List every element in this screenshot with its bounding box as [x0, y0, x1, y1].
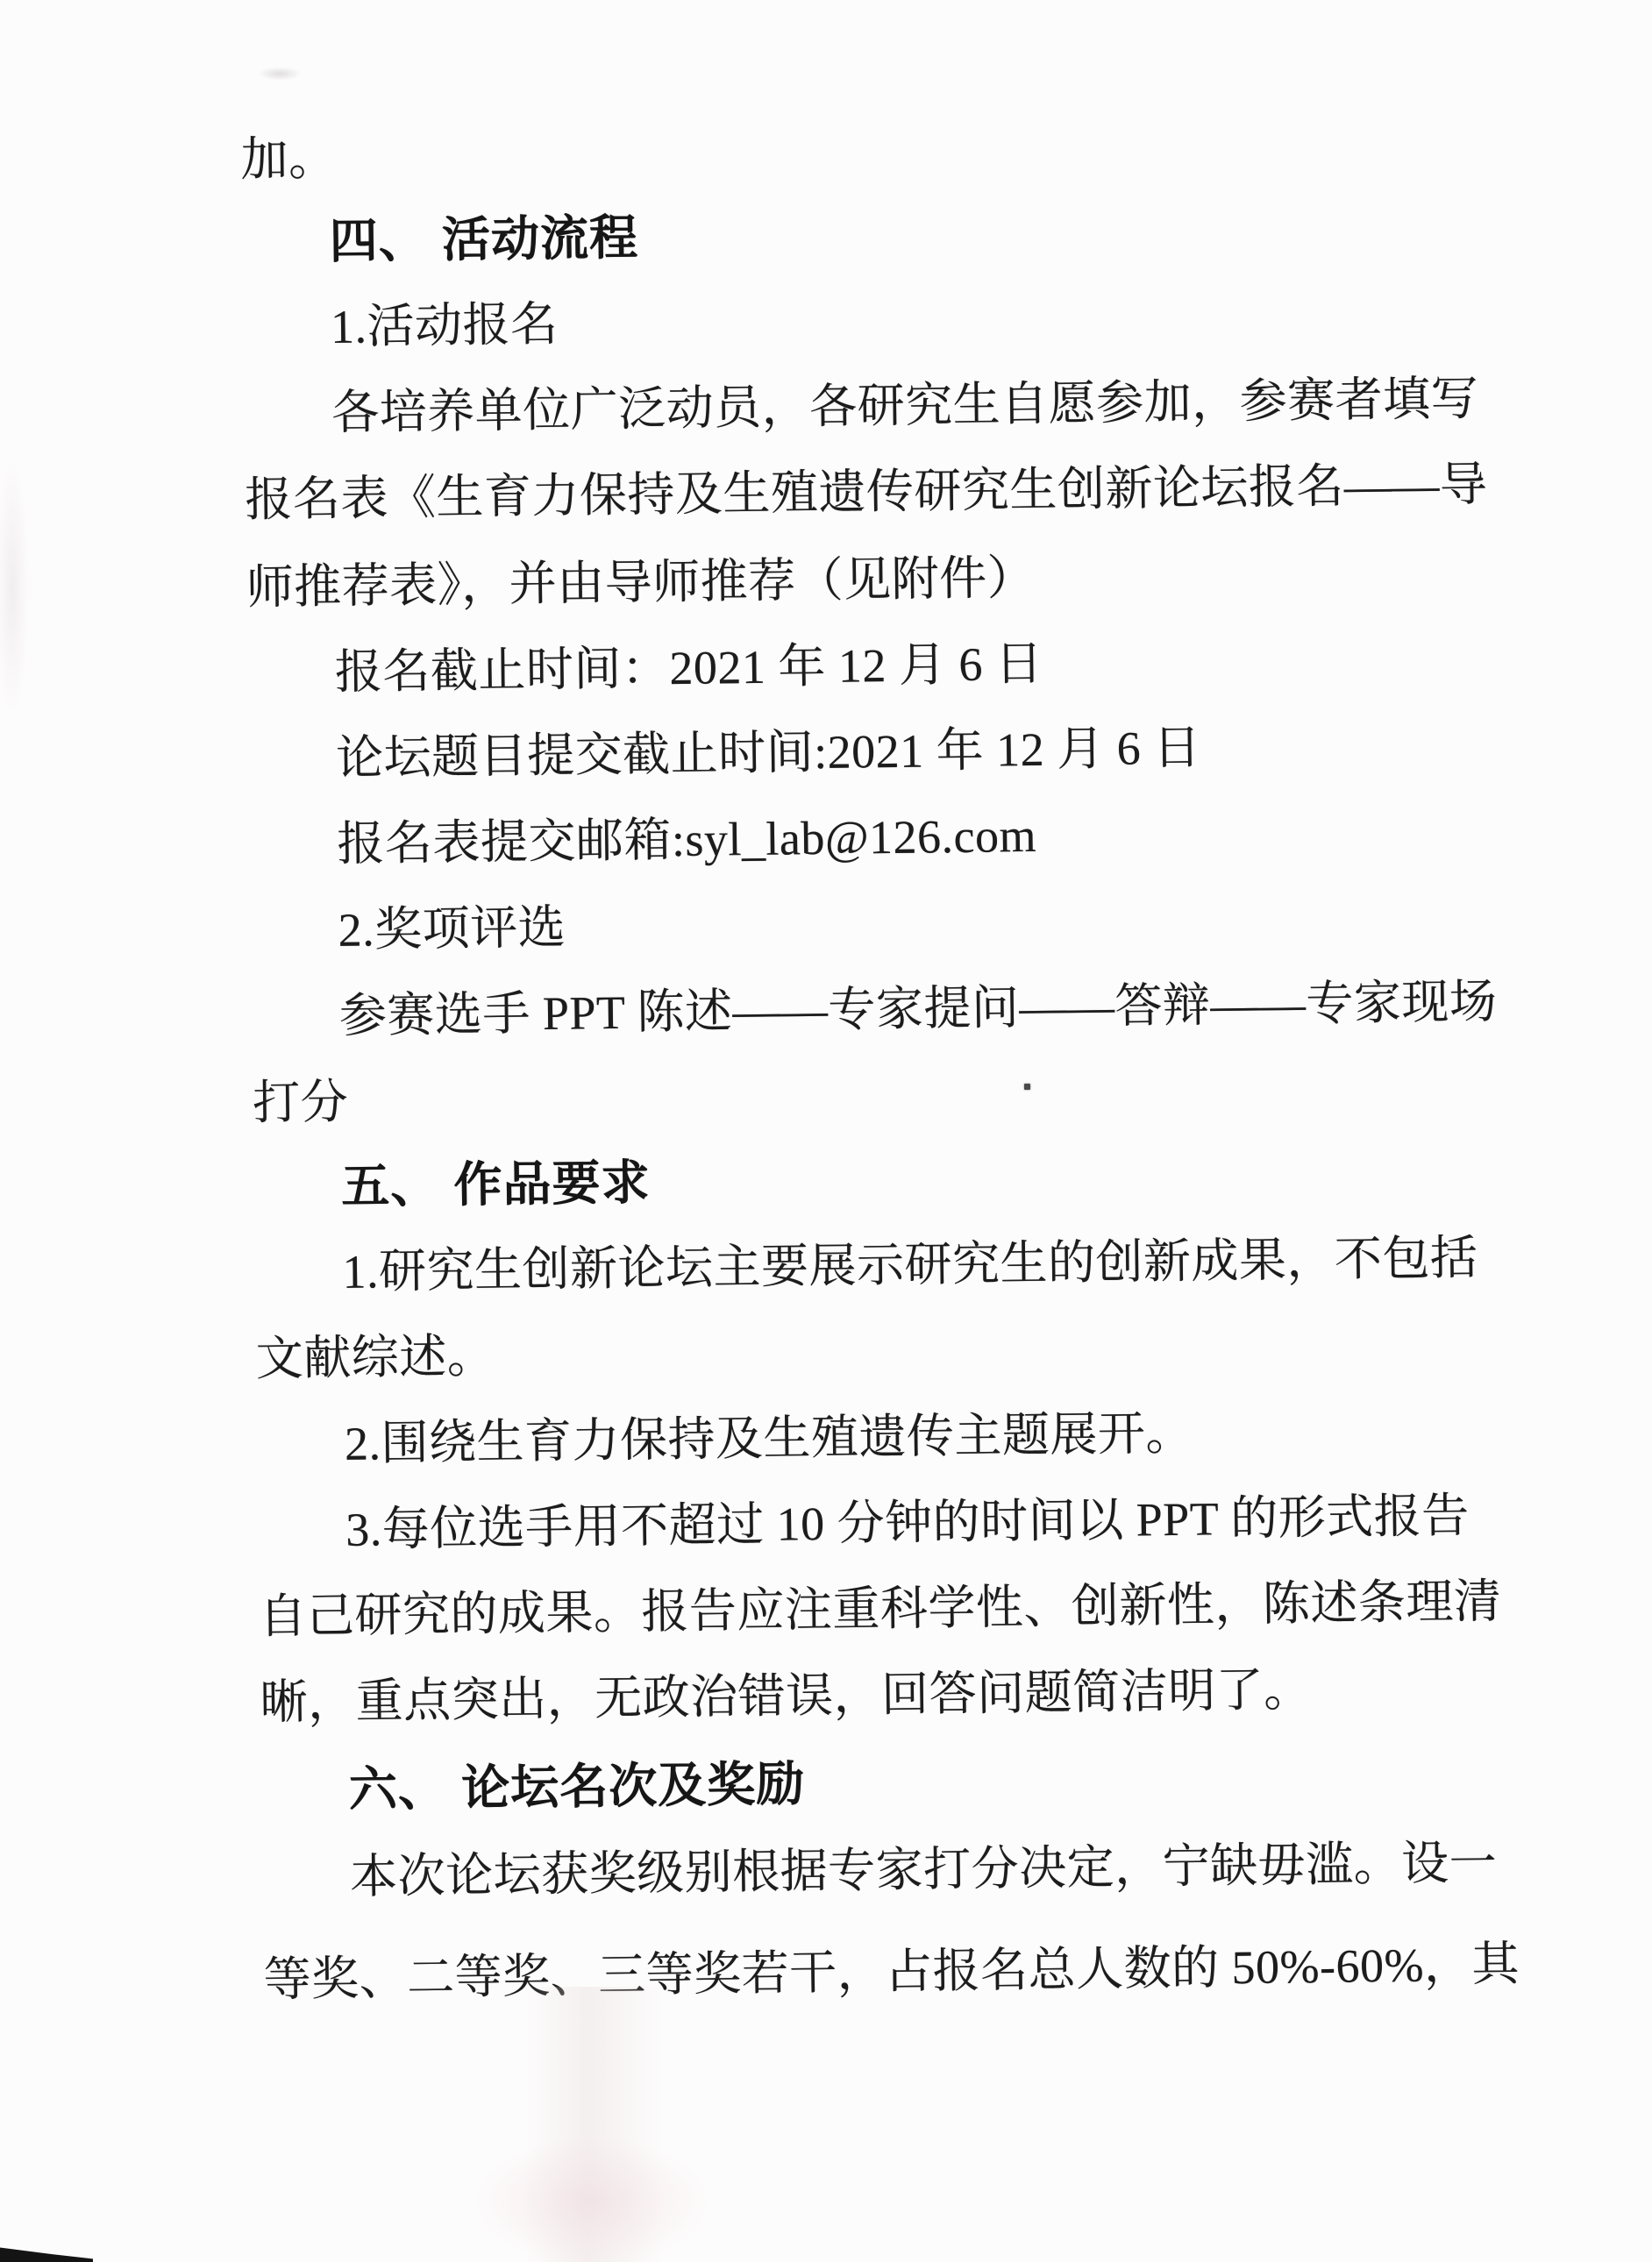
para-requirement-3-line-2: 自己研究的成果。报告应注重科学性、创新性，陈述条理清 — [259, 1575, 1502, 1643]
para-requirement-1-line-1: 1.研究生创新论坛主要展示研究生的创新成果，不包括 — [342, 1232, 1478, 1298]
heading-section-5-work-requirements: 五、 作品要求 — [341, 1156, 651, 1212]
para-ranking-line-2: 等奖、二等奖、三等奖若干，占报名总人数的 50%-60%，其 — [263, 1938, 1520, 2006]
line-topic-deadline: 论坛题目提交截止时间:2021 年 12 月 6 日 — [336, 722, 1201, 785]
document-text-block: 加。 四、 活动流程 1.活动报名 各培养单位广泛动员，各研究生自愿参加，参赛者… — [0, 0, 1652, 2262]
line-registration-deadline: 报名截止时间：2021 年 12 月 6 日 — [335, 637, 1043, 699]
para-award-process-line-1: 参赛选手 PPT 陈述——专家提问——答辩——专家现场 — [338, 975, 1497, 1042]
heading-section-6-ranking-awards: 六、 论坛名次及奖励 — [349, 1757, 806, 1816]
para-requirement-2: 2.围绕生育力保持及生殖遗传主题展开。 — [345, 1407, 1194, 1470]
para-requirement-3-line-1: 3.每位选手用不超过 10 分钟的时间以 PPT 的形式报告 — [345, 1490, 1470, 1556]
para-registration-line-1: 各培养单位广泛动员，各研究生自愿参加，参赛者填写 — [331, 373, 1479, 439]
scan-stray-ink-dot — [1024, 1084, 1030, 1090]
paragraph-tail-jia: 加。 — [240, 132, 337, 186]
line-submission-email: 报名表提交邮箱:syl_lab@126.com — [337, 809, 1036, 871]
para-ranking-line-1: 本次论坛获奖级别根据专家打分决定，宁缺毋滥。设一 — [350, 1836, 1498, 1903]
para-registration-line-2: 报名表《生育力保持及生殖遗传研究生创新论坛报名——导 — [245, 458, 1488, 526]
para-award-process-line-2: 打分 — [253, 1076, 349, 1129]
para-registration-line-3: 师推荐表》，并由导师推荐（见附件） — [246, 551, 1035, 614]
subheading-1-registration: 1.活动报名 — [331, 298, 559, 353]
scan-smudge-left-edge — [0, 456, 30, 719]
para-requirement-1-line-2: 文献综述。 — [255, 1330, 495, 1385]
scan-smudge-top — [258, 67, 302, 81]
scan-blotch-bottom — [474, 2138, 710, 2262]
heading-section-4-activity-process: 四、 活动流程 — [329, 211, 638, 267]
scanned-document-page: 加。 四、 活动流程 1.活动报名 各培养单位广泛动员，各研究生自愿参加，参赛者… — [0, 0, 1652, 2262]
subheading-2-award-selection: 2.奖项评选 — [338, 901, 566, 957]
para-requirement-3-line-3: 晰，重点突出，无政治错误，回答问题简洁明了。 — [260, 1663, 1312, 1729]
